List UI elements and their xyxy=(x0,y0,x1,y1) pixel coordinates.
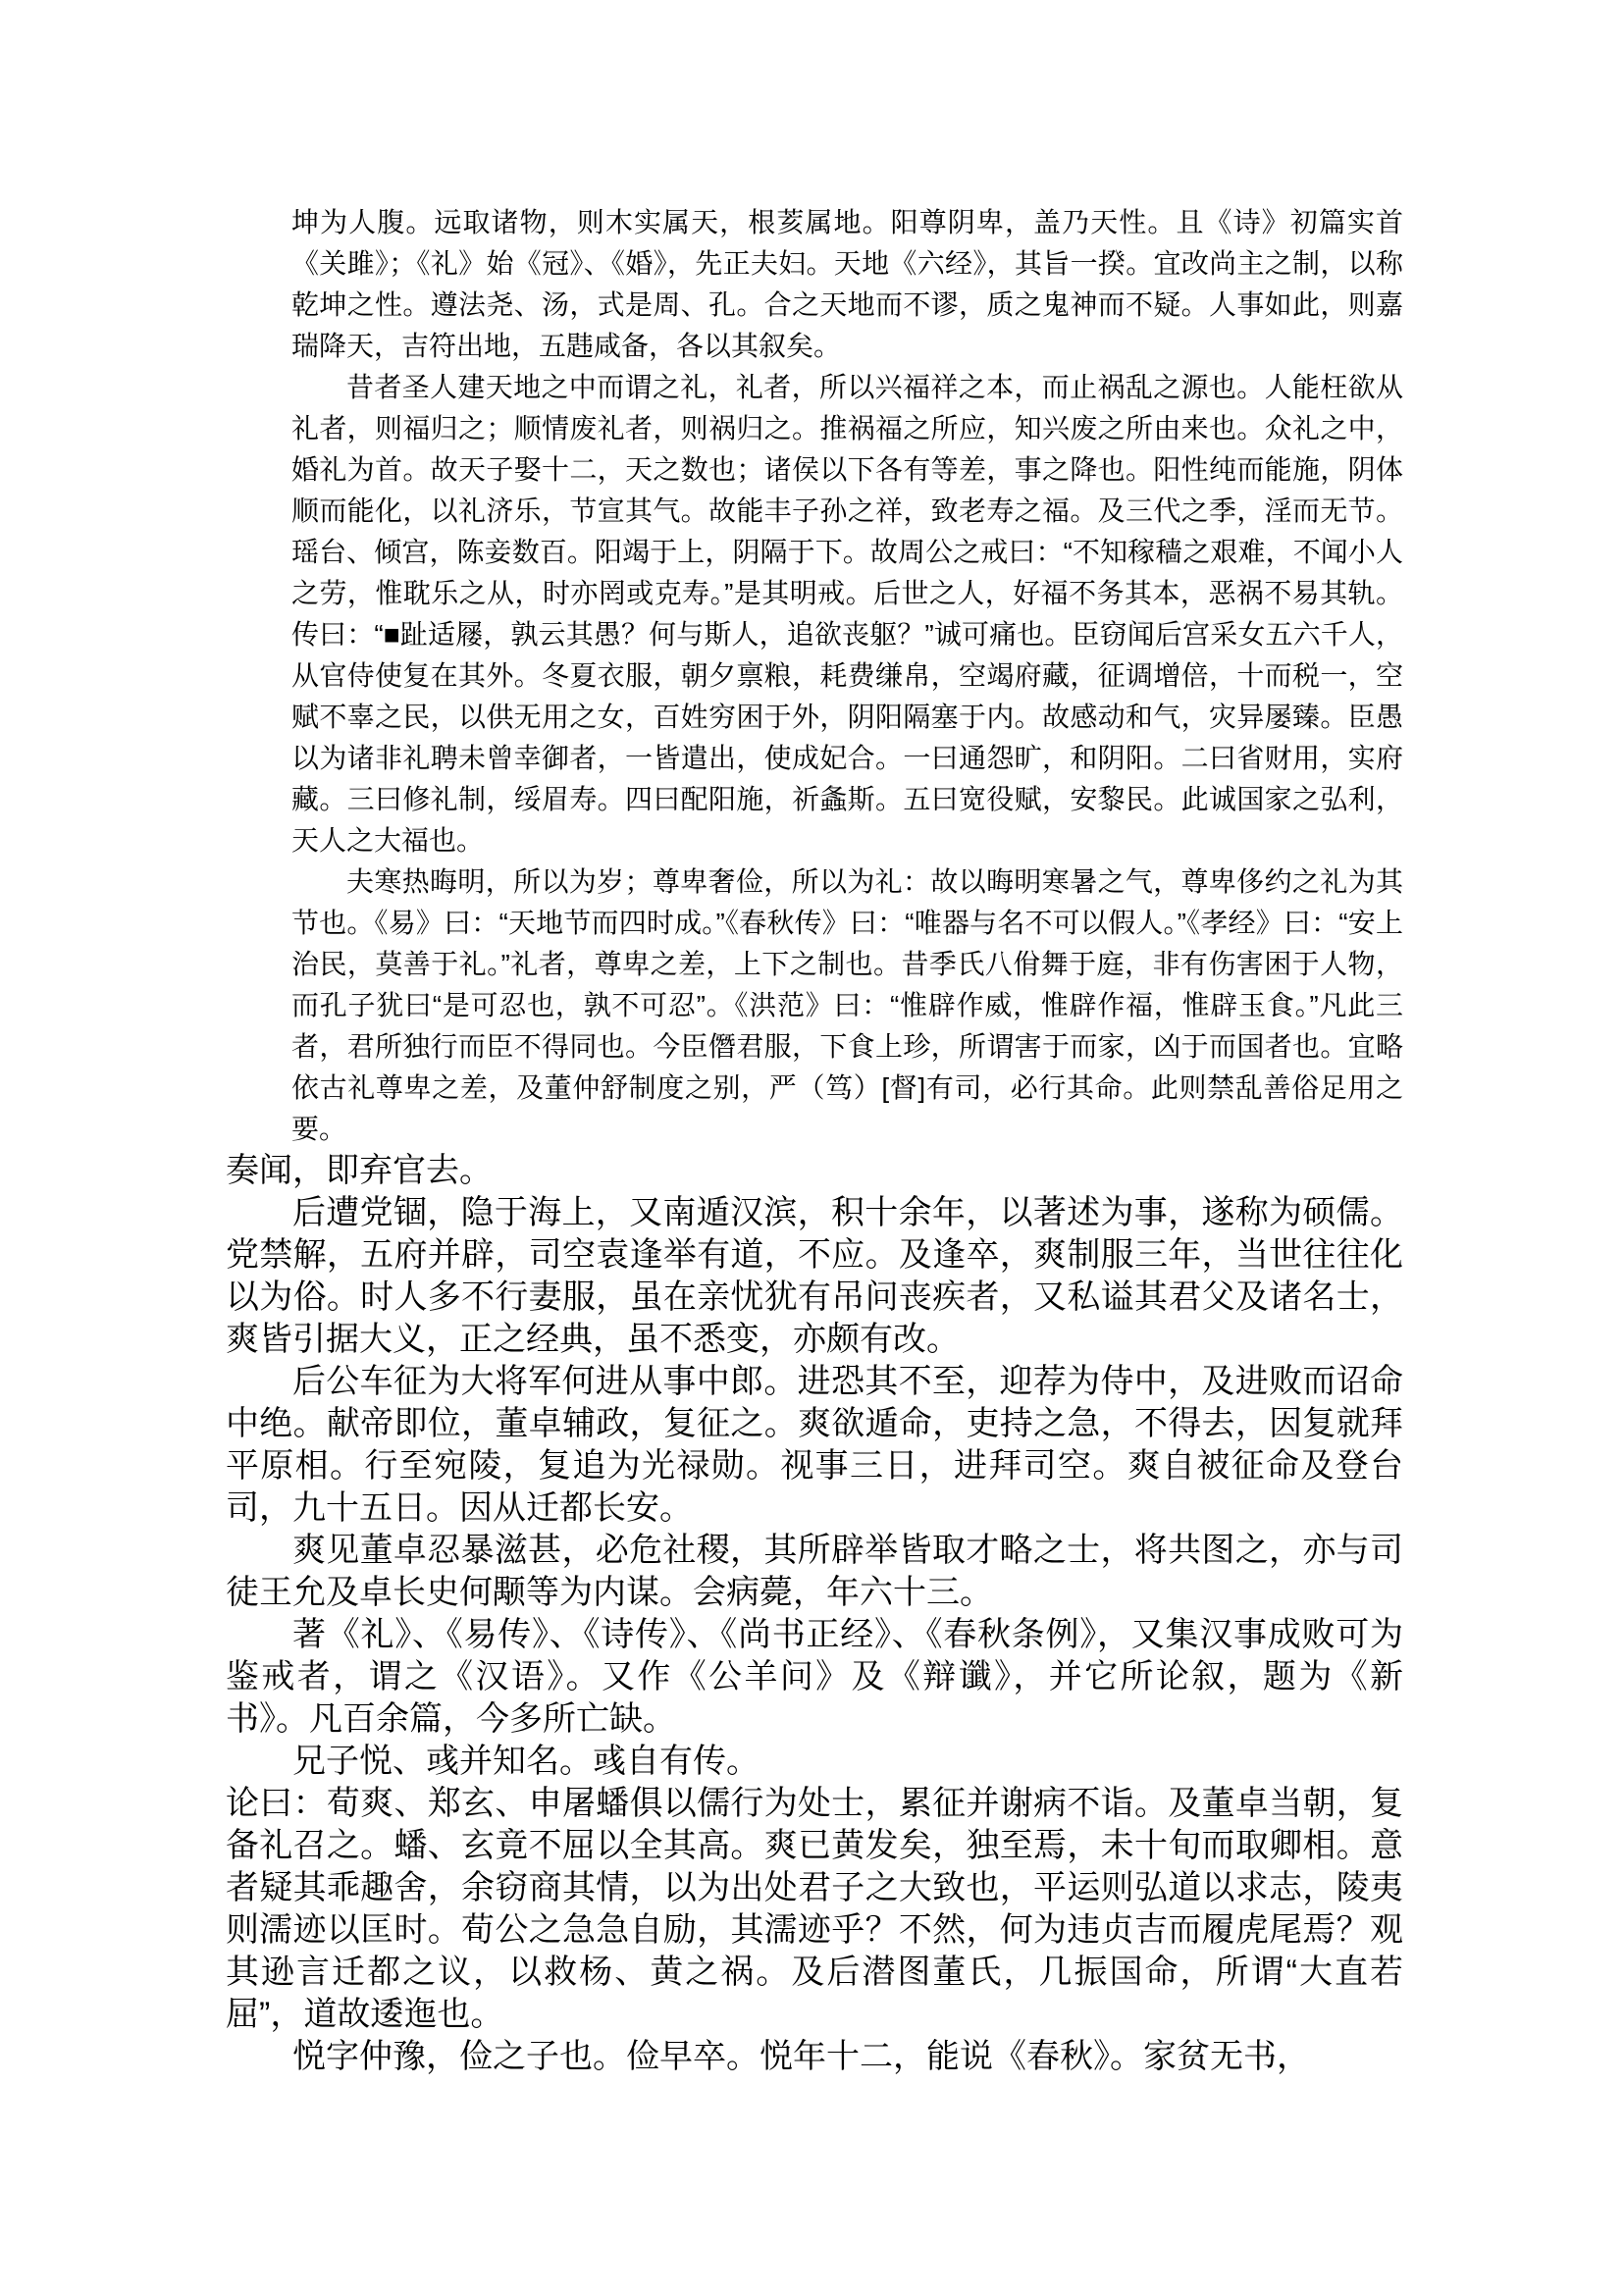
body-paragraph: 悦字仲豫，俭之子也。俭早卒。悦年十二，能说《春秋》。家贫无书， xyxy=(226,2036,1403,2078)
body-paragraph: 兄子悦、彧并知名。彧自有传。 xyxy=(226,1741,1403,1783)
document-page: 坤为人腹。远取诸物，则木实属天，根荄属地。阳尊阴卑，盖乃天性。且《诗》初篇实首《… xyxy=(0,0,1624,2294)
page-content: 坤为人腹。远取诸物，则木实属天，根荄属地。阳尊阴卑，盖乃天性。且《诗》初篇实首《… xyxy=(226,202,1403,2078)
memorial-paragraph: 坤为人腹。远取诸物，则木实属天，根荄属地。阳尊阴卑，盖乃天性。且《诗》初篇实首《… xyxy=(226,202,1403,367)
memorial-paragraph: 夫寒热晦明，所以为岁；尊卑奢俭，所以为礼：故以晦明寒暑之气，尊卑侈约之礼为其节也… xyxy=(226,861,1403,1150)
body-paragraph: 论曰：荀爽、郑玄、申屠蟠俱以儒行为处士，累征并谢病不诣。及董卓当朝，复备礼召之。… xyxy=(226,1783,1403,2036)
body-paragraph: 爽见董卓忍暴滋甚，必危社稷，其所辟举皆取才略之士，将共图之，亦与司徒王允及卓长史… xyxy=(226,1530,1403,1614)
body-paragraph: 奏闻，即弃官去。 xyxy=(226,1150,1403,1192)
body-paragraph: 后公车征为大将军何进从事中郎。进恐其不至，迎荐为侍中，及进败而诏命中绝。献帝即位… xyxy=(226,1361,1403,1530)
biography-body: 奏闻，即弃官去。 后遭党锢，隐于海上，又南遁汉滨，积十余年，以著述为事，遂称为硕… xyxy=(226,1150,1403,2078)
memorial-block-quote: 坤为人腹。远取诸物，则木实属天，根荄属地。阳尊阴卑，盖乃天性。且《诗》初篇实首《… xyxy=(226,202,1403,1150)
body-paragraph: 后遭党锢，隐于海上，又南遁汉滨，积十余年，以著述为事，遂称为硕儒。党禁解，五府并… xyxy=(226,1192,1403,1361)
body-paragraph: 著《礼》、《易传》、《诗传》、《尚书正经》、《春秋条例》，又集汉事成败可为鉴戒者… xyxy=(226,1614,1403,1741)
memorial-paragraph: 昔者圣人建天地之中而谓之礼，礼者，所以兴福祥之本，而止祸乱之源也。人能枉欲从礼者… xyxy=(226,367,1403,861)
